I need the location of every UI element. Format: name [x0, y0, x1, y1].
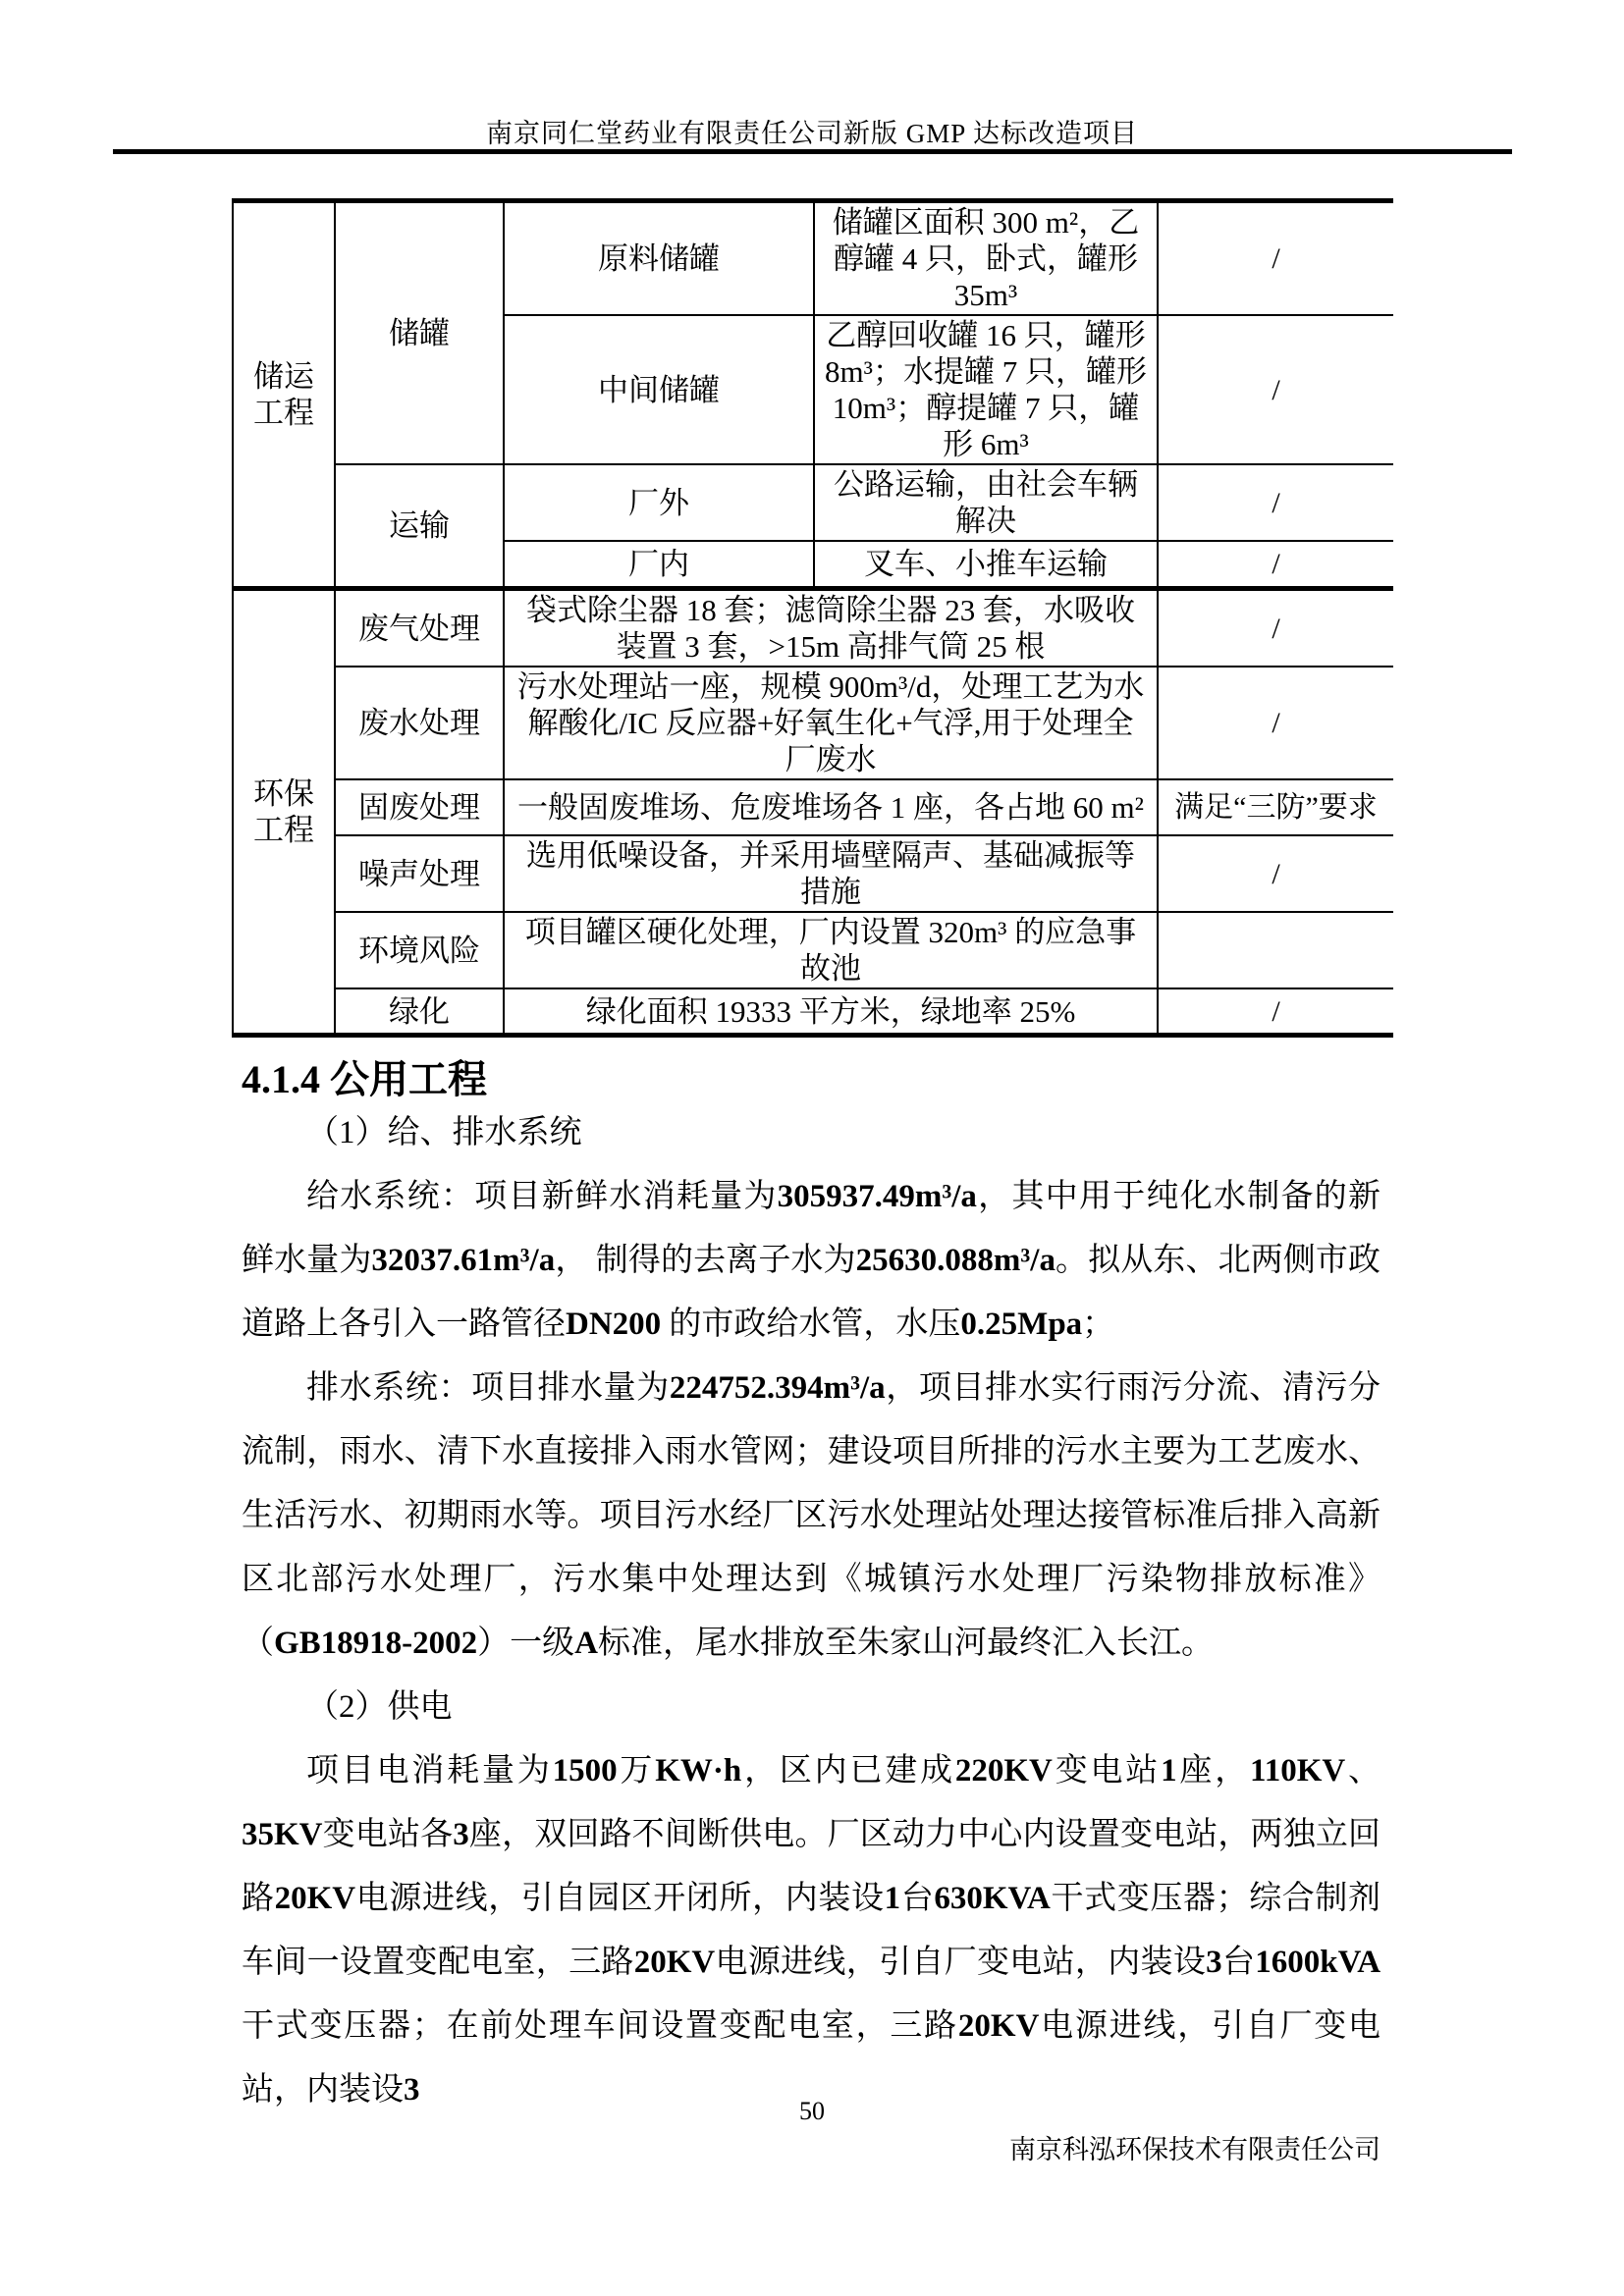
cell-greening-remark: / — [1158, 988, 1393, 1036]
table-row-noise: 噪声处理 选用低噪设备，并采用墙壁隔声、基础减振等措施 / — [233, 835, 1393, 912]
cell-solid-waste-name: 固废处理 — [335, 779, 504, 835]
cell-waste-water-remark: / — [1158, 667, 1393, 779]
cell-mid-tank-name: 中间储罐 — [504, 315, 814, 464]
cell-waste-water-detail: 污水处理站一座，规模 900m³/d，处理工艺为水解酸化/IC 反应器+好氧生化… — [504, 667, 1158, 779]
table-row-env-risk: 环境风险 项目罐区硬化处理，厂内设置 320m³ 的应急事故池 — [233, 912, 1393, 988]
cell-solid-waste-remark: 满足“三防”要求 — [1158, 779, 1393, 835]
page-header-title: 南京同仁堂药业有限责任公司新版 GMP 达标改造项目 — [0, 112, 1624, 150]
document-page: 南京同仁堂药业有限责任公司新版 GMP 达标改造项目 储运 工程 储罐 原料储罐… — [0, 0, 1624, 2296]
cell-waste-gas-remark: / — [1158, 589, 1393, 667]
cell-mid-tank-remark: / — [1158, 315, 1393, 464]
paragraph-power-title: （2）供电 — [242, 1676, 1380, 1739]
cell-inside-detail: 叉车、小推车运输 — [814, 541, 1158, 589]
table-row-transport-outside: 运输 厂外 公路运输，由社会车辆解决 / — [233, 464, 1393, 541]
cell-greening-detail: 绿化面积 19333 平方米，绿地率 25% — [504, 988, 1158, 1036]
page-number: 50 — [0, 2097, 1624, 2126]
table-row-solid-waste: 固废处理 一般固废堆场、危废堆场各 1 座，各占地 60 m² 满足“三防”要求 — [233, 779, 1393, 835]
table-row-greening: 绿化 绿化面积 19333 平方米，绿地率 25% / — [233, 988, 1393, 1036]
cell-solid-waste-detail: 一般固废堆场、危废堆场各 1 座，各占地 60 m² — [504, 779, 1158, 835]
cell-group-storage-transport: 储运 工程 — [233, 201, 335, 589]
body-text: （1）给、排水系统 给水系统：项目新鲜水消耗量为305937.49m³/a，其中… — [242, 1101, 1380, 2122]
cell-outside-remark: / — [1158, 464, 1393, 541]
cell-tank-label: 储罐 — [335, 201, 504, 465]
cell-raw-tank-name: 原料储罐 — [504, 201, 814, 316]
cell-transport-label: 运输 — [335, 464, 504, 589]
cell-waste-gas-detail: 袋式除尘器 18 套；滤筒除尘器 23 套，水吸收装置 3 套，>15m 高排气… — [504, 589, 1158, 667]
table-row-waste-gas: 环保 工程 废气处理 袋式除尘器 18 套；滤筒除尘器 23 套，水吸收装置 3… — [233, 589, 1393, 667]
paragraph-water-supply-title: （1）给、排水系统 — [242, 1101, 1380, 1165]
cell-mid-tank-detail: 乙醇回收罐 16 只，罐形 8m³；水提罐 7 只，罐形 10m³；醇提罐 7 … — [814, 315, 1158, 464]
cell-waste-gas-name: 废气处理 — [335, 589, 504, 667]
footer-company: 南京科泓环保技术有限责任公司 — [242, 2128, 1380, 2166]
cell-env-risk-detail: 项目罐区硬化处理，厂内设置 320m³ 的应急事故池 — [504, 912, 1158, 988]
paragraph-water-supply: 给水系统：项目新鲜水消耗量为305937.49m³/a，其中用于纯化水制备的新鲜… — [242, 1165, 1380, 1357]
cell-greening-name: 绿化 — [335, 988, 504, 1036]
header-rule — [113, 149, 1512, 154]
cell-raw-tank-detail: 储罐区面积 300 m²，乙醇罐 4 只，卧式，罐形 35m³ — [814, 201, 1158, 316]
cell-raw-tank-remark: / — [1158, 201, 1393, 316]
cell-env-risk-name: 环境风险 — [335, 912, 504, 988]
cell-inside-remark: / — [1158, 541, 1393, 589]
cell-outside-name: 厂外 — [504, 464, 814, 541]
cell-group-environment: 环保 工程 — [233, 589, 335, 1036]
table-row-raw-tank: 储运 工程 储罐 原料储罐 储罐区面积 300 m²，乙醇罐 4 只，卧式，罐形… — [233, 201, 1393, 316]
cell-noise-name: 噪声处理 — [335, 835, 504, 912]
cell-noise-remark: / — [1158, 835, 1393, 912]
section-heading: 4.1.4 公用工程 — [242, 1048, 487, 1104]
cell-waste-water-name: 废水处理 — [335, 667, 504, 779]
paragraph-power: 项目电消耗量为1500万KW·h，区内已建成220KV变电站1座，110KV、3… — [242, 1739, 1380, 2122]
cell-noise-detail: 选用低噪设备，并采用墙壁隔声、基础减振等措施 — [504, 835, 1158, 912]
cell-env-risk-remark — [1158, 912, 1393, 988]
paragraph-drainage: 排水系统：项目排水量为224752.394m³/a，项目排水实行雨污分流、清污分… — [242, 1357, 1380, 1676]
project-summary-table: 储运 工程 储罐 原料储罐 储罐区面积 300 m²，乙醇罐 4 只，卧式，罐形… — [232, 198, 1393, 1038]
cell-outside-detail: 公路运输，由社会车辆解决 — [814, 464, 1158, 541]
table-row-waste-water: 废水处理 污水处理站一座，规模 900m³/d，处理工艺为水解酸化/IC 反应器… — [233, 667, 1393, 779]
cell-inside-name: 厂内 — [504, 541, 814, 589]
